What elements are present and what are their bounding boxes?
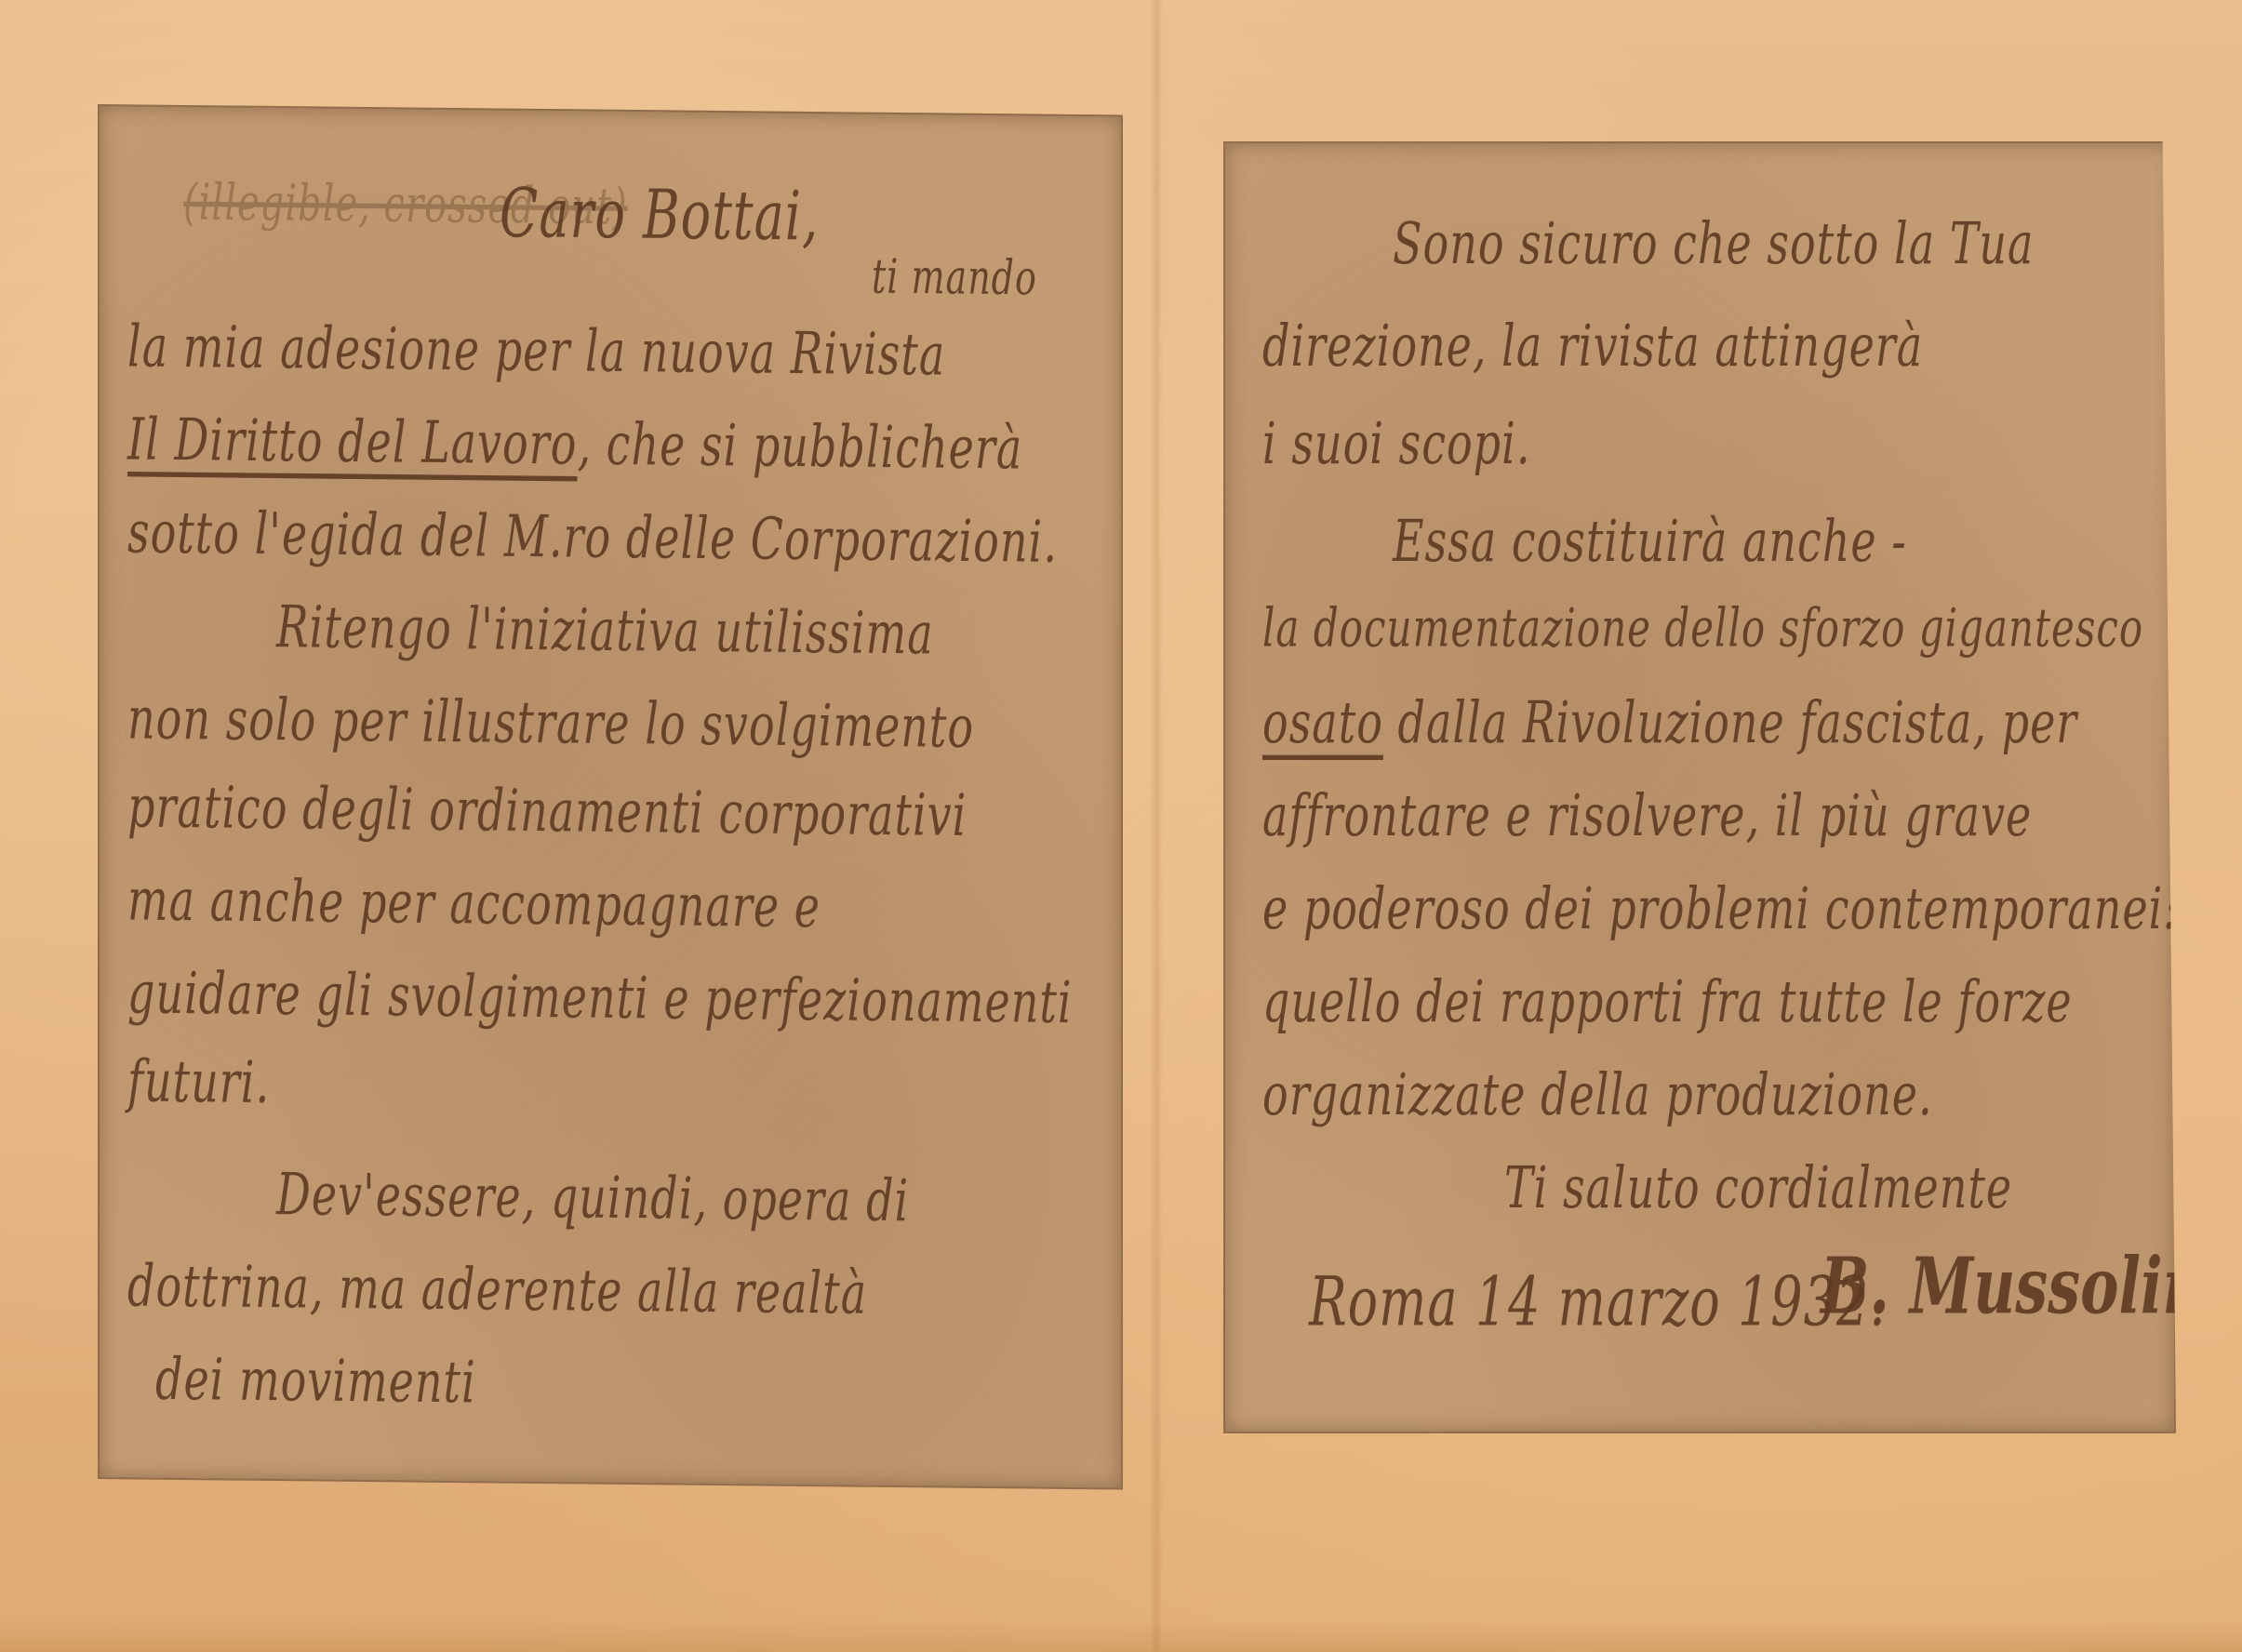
closing: Ti saluto cordialmente	[1504, 1153, 2012, 1221]
letter-line: affrontare e risolvere, il più grave	[1262, 781, 2032, 849]
letter-line: Sono sicuro che sotto la Tua	[1393, 209, 2034, 277]
letter-page-right: Sono sicuro che sotto la Tua direzione, …	[1223, 141, 2176, 1433]
letter-line-underlined: osato dalla Rivoluzione fascista, per	[1262, 688, 2077, 756]
letter-line: futuri.	[127, 1046, 270, 1116]
journal-title: Il Diritto del Lavoro	[127, 405, 577, 477]
letter-line: dottrina, ma aderente alla realtà	[127, 1251, 867, 1326]
letter-line: pratico degli ordinamenti corporativi	[127, 772, 967, 848]
letter-line-rest: dalla Rivoluzione fascista, per	[1383, 688, 2077, 756]
letter-line: non solo per illustrare lo svolgimento	[127, 684, 974, 760]
letter-line: Essa costituirà anche -	[1393, 507, 1907, 575]
letter-line: Ritengo l'iniziativa utilissima	[276, 593, 934, 667]
underlined-word: osato	[1262, 688, 1383, 756]
page-bottom-shadow	[0, 1619, 2242, 1652]
letter-page-left: (illegible, crossed out) Caro Bottai, ti…	[98, 104, 1123, 1490]
letter-line: guidare gli svolgimenti e perfezionament…	[127, 958, 1073, 1036]
letter-line: direzione, la rivista attingerà	[1262, 312, 1923, 380]
letter-line: ti mando	[872, 248, 1037, 305]
letter-line-title-underlined: Il Diritto del Lavoro, che si pubblicher…	[127, 405, 1022, 482]
book-gutter	[1150, 0, 1163, 1652]
letter-line: la documentazione dello sforzo gigantesc…	[1262, 597, 2143, 659]
letter-line: quello dei rapporti fra tutte le forze	[1262, 967, 2073, 1035]
signature: B. Mussolini	[1821, 1240, 2226, 1332]
letter-line: dei movimenti	[155, 1345, 476, 1417]
letter-line-rest: , che si pubblicherà	[577, 409, 1022, 482]
letter-line: Dev'essere, quindi, opera di	[276, 1160, 909, 1234]
letter-line: i suoi scopi.	[1262, 409, 1530, 477]
letter-line: sotto l'egida del M.ro delle Corporazion…	[127, 498, 1058, 575]
letter-line: e poderoso dei problemi contemporanei:	[1262, 874, 2179, 942]
place-date: Roma 14 marzo 1932.	[1309, 1262, 1887, 1341]
letter-line: la mia adesione per la nuova Rivista	[127, 312, 945, 388]
letter-line: organizzate della produzione.	[1262, 1060, 1933, 1128]
letter-line: ma anche per accompagnare e	[127, 865, 821, 940]
salutation: Caro Bottai,	[500, 173, 819, 256]
